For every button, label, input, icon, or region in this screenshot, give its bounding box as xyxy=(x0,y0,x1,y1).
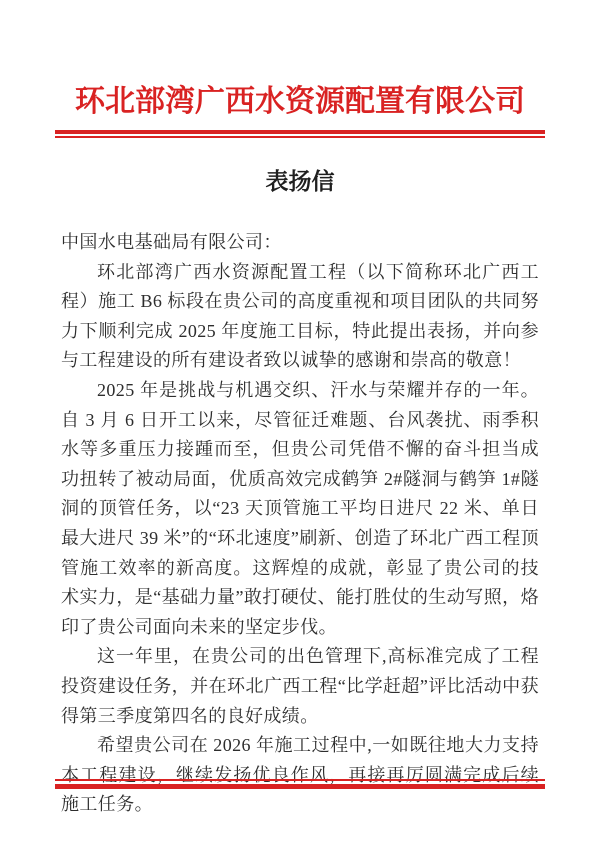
paragraph-3: 这一年里，在贵公司的出色管理下,高标准完成了工程投资建设任务，并在环北广西工程“… xyxy=(61,642,539,731)
commendation-letter-page: 环北部湾广西水资源配置有限公司 表扬信 中国水电基础局有限公司： 环北部湾广西水… xyxy=(0,0,600,848)
letter-title: 表扬信 xyxy=(0,165,600,199)
letterhead-divider xyxy=(55,130,545,138)
company-letterhead: 环北部湾广西水资源配置有限公司 xyxy=(0,80,600,124)
salutation: 中国水电基础局有限公司： xyxy=(61,228,539,258)
paragraph-2: 2025 年是挑战与机遇交织、汗水与荣耀并存的一年。自 3 月 6 日开工以来，… xyxy=(61,376,539,642)
letter-body: 中国水电基础局有限公司： 环北部湾广西水资源配置工程（以下简称环北广西工程）施工… xyxy=(61,228,539,820)
divider-thin-line xyxy=(55,136,545,138)
paragraph-1: 环北部湾广西水资源配置工程（以下简称环北广西工程）施工 B6 标段在贵公司的高度… xyxy=(61,258,539,376)
divider-thick-line xyxy=(55,784,545,789)
paragraph-4: 希望贵公司在 2026 年施工过程中,一如既往地大力支持本工程建设，继续发扬优良… xyxy=(61,731,539,820)
footer-divider xyxy=(55,779,545,789)
